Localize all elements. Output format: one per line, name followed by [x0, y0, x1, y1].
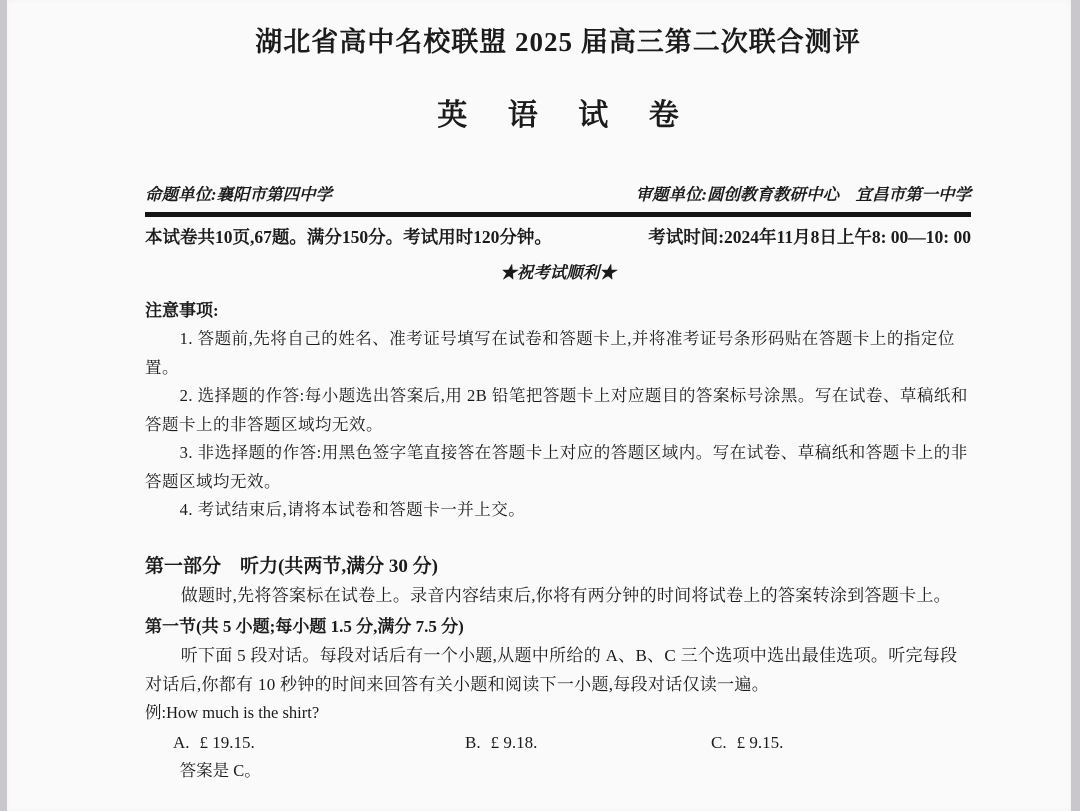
- notice-item: 3. 非选择题的作答:用黑色签字笔直接答在答题卡上对应的答题区域内。写在试卷、草…: [145, 439, 971, 496]
- part1-intro: 做题时,先将答案标在试卷上。录音内容结束后,你将有两分钟的时间将试卷上的答案转涂…: [145, 582, 971, 611]
- notice-heading: 注意事项:: [145, 297, 971, 325]
- exam-content: 湖北省高中名校联盟 2025 届高三第二次联合测评 英 语 试 卷 命题单位:襄…: [7, 0, 1071, 811]
- good-luck-banner: ★祝考试顺利★: [145, 261, 971, 285]
- paper-info: 本试卷共10页,67题。满分150分。考试用时120分钟。: [145, 224, 552, 250]
- notice-item: 1. 答题前,先将自己的姓名、准考证号填写在试卷和答题卡上,并将准考证号条形码贴…: [145, 325, 971, 382]
- notice-item: 4. 考试结束后,请将本试卷和答题卡一并上交。: [145, 496, 971, 525]
- setter-unit: 命题单位:襄阳市第四中学: [145, 184, 332, 206]
- double-rule-divider: [145, 212, 971, 217]
- exam-title: 湖北省高中名校联盟 2025 届高三第二次联合测评: [145, 24, 971, 60]
- exam-page: 湖北省高中名校联盟 2025 届高三第二次联合测评 英 语 试 卷 命题单位:襄…: [7, 0, 1071, 811]
- example-question: How much is the shirt?: [166, 703, 319, 722]
- unit-row: 命题单位:襄阳市第四中学 审题单位:圆创教育教研中心 宜昌市第一中学: [145, 184, 971, 206]
- option-b: B.£ 9.18.: [465, 728, 711, 757]
- option-b-text: £ 9.18.: [491, 733, 538, 752]
- option-c-text: £ 9.15.: [737, 733, 784, 752]
- example-label: 例:: [145, 703, 166, 722]
- section1-instructions: 听下面 5 段对话。每段对话后有一个小题,从题中所给的 A、B、C 三个选项中选…: [145, 642, 971, 699]
- option-c-key: C.: [711, 733, 727, 752]
- exam-time: 考试时间:2024年11月8日上午8: 00—10: 00: [648, 224, 971, 250]
- part1-heading: 第一部分 听力(共两节,满分 30 分): [145, 552, 971, 582]
- scanned-exam-paper: { "page": { "title": "湖北省高中名校联盟 2025 届高三…: [0, 0, 1080, 811]
- option-c: C.£ 9.15.: [711, 728, 783, 757]
- exam-subtitle: 英 语 试 卷: [145, 98, 971, 134]
- option-a-key: A.: [173, 733, 190, 752]
- option-a: A.£ 19.15.: [173, 728, 465, 757]
- option-a-text: £ 19.15.: [200, 733, 255, 752]
- reviewer-unit: 审题单位:圆创教育教研中心 宜昌市第一中学: [636, 184, 972, 206]
- paper-info-row: 本试卷共10页,67题。满分150分。考试用时120分钟。 考试时间:2024年…: [145, 224, 971, 250]
- section1-heading: 第一节(共 5 小题;每小题 1.5 分,满分 7.5 分): [145, 612, 971, 642]
- notice-item: 2. 选择题的作答:每小题选出答案后,用 2B 铅笔把答题卡上对应题目的答案标号…: [145, 382, 971, 439]
- example-answer: 答案是 C。: [145, 757, 971, 785]
- option-b-key: B.: [465, 733, 481, 752]
- example-options-row: A.£ 19.15. B.£ 9.18. C.£ 9.15.: [145, 728, 971, 757]
- example-question-line: 例:How much is the shirt?: [145, 699, 971, 728]
